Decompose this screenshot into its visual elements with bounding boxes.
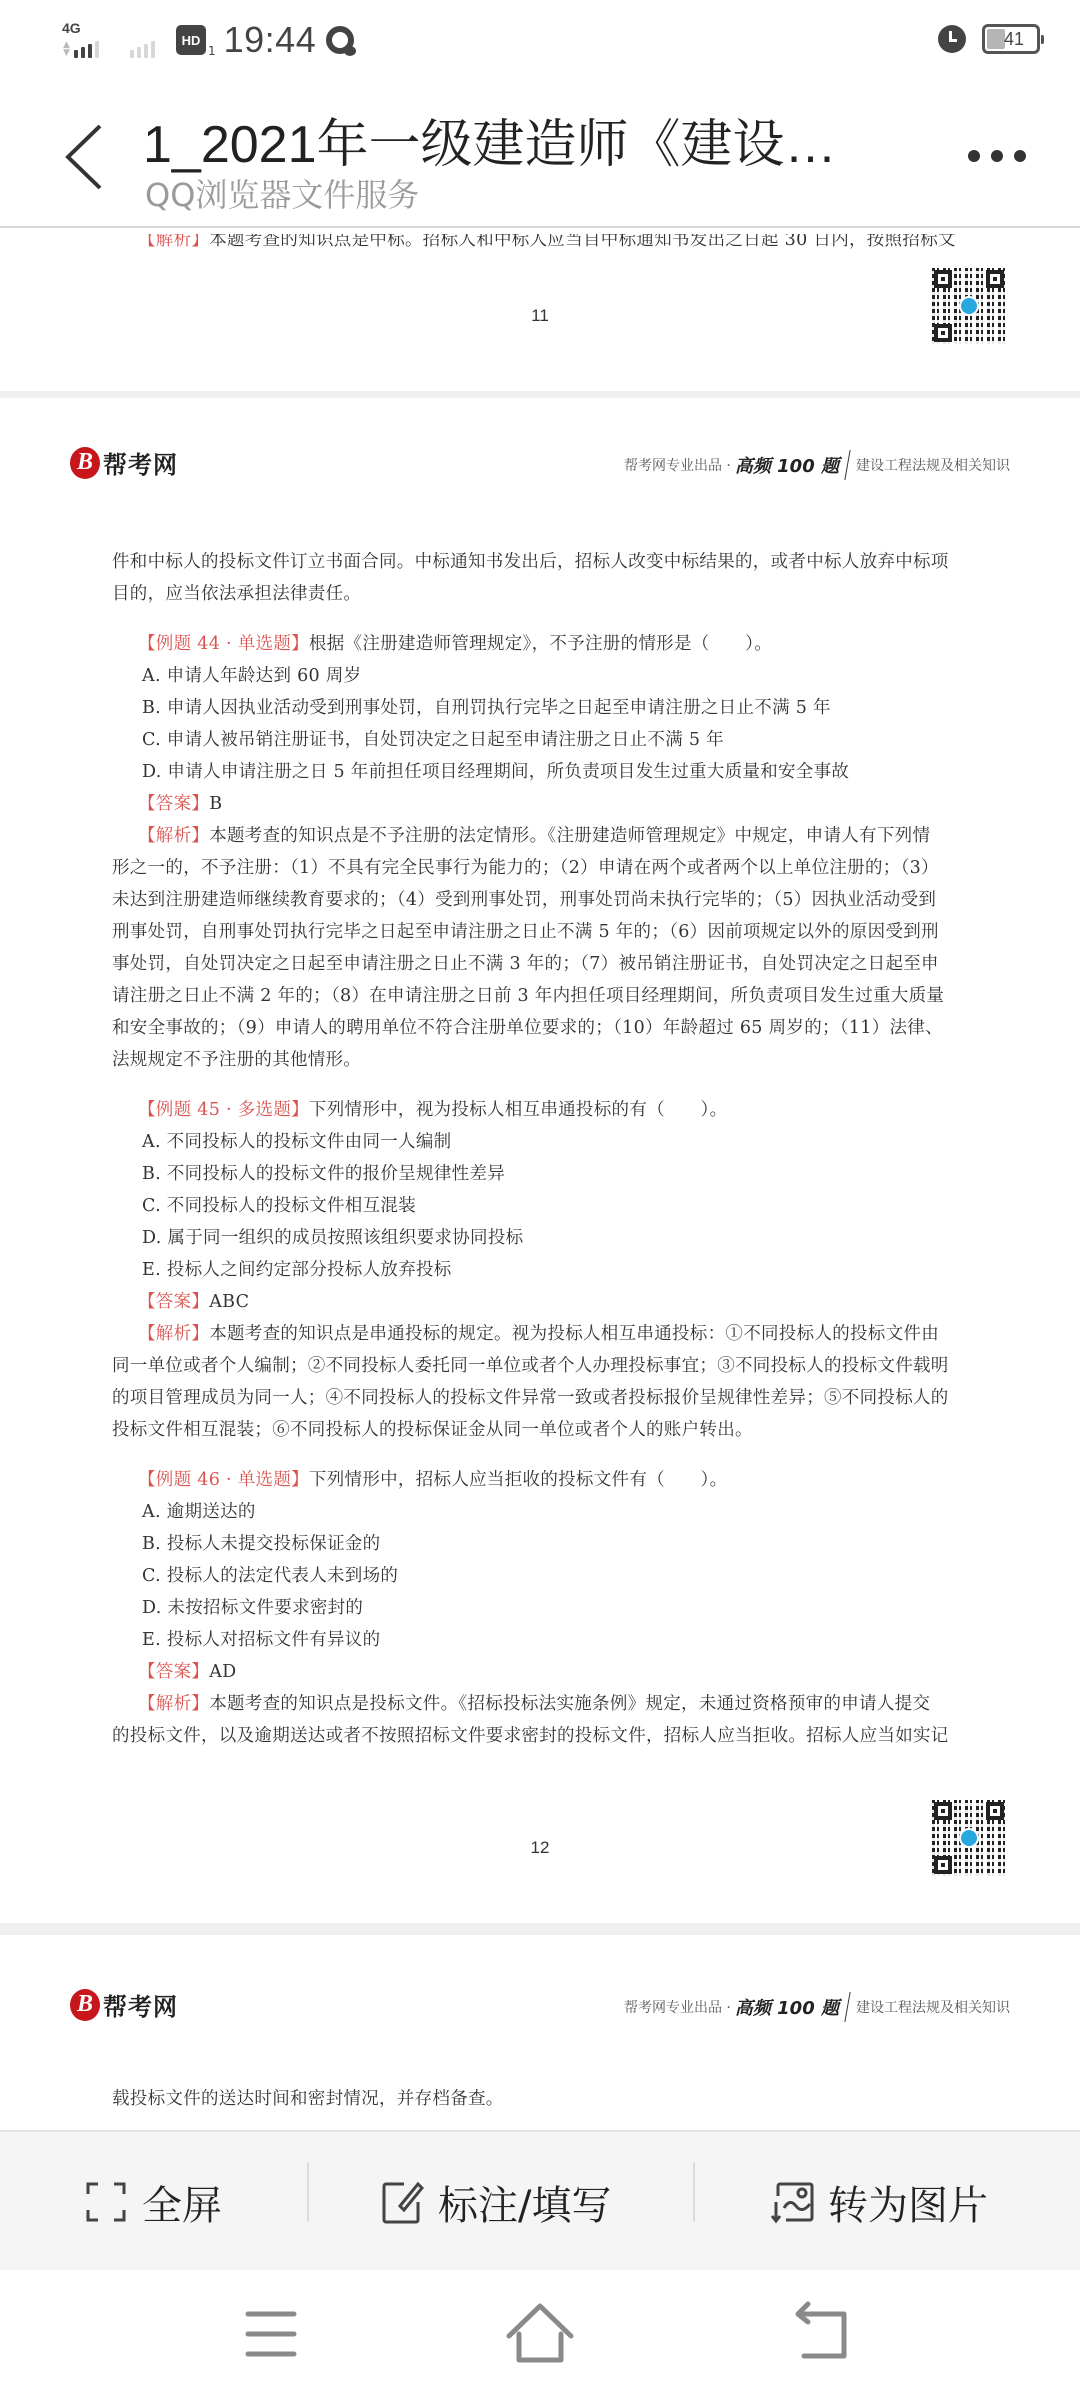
chevron-left-icon <box>60 122 110 192</box>
more-dot-icon <box>991 150 1003 162</box>
network-type: 4G <box>62 20 81 36</box>
convert-to-image-button[interactable]: 转为图片 <box>770 2132 988 2272</box>
page-12: B 帮考网 帮考网专业出品 · 高频 100 题 建设工程法规及相关知识 件和中… <box>0 398 1080 1923</box>
toolbar-divider <box>693 2162 695 2222</box>
edit-note-icon <box>380 2180 424 2224</box>
more-dot-icon <box>968 150 980 162</box>
document-title: 1_2021年一级建造师《建设… <box>143 102 837 177</box>
more-options-button[interactable] <box>968 150 1026 162</box>
convert-image-icon <box>770 2180 814 2224</box>
question-45-stem: 【例题 45 · 多选题】下列情形中，视为投标人相互串通投标的有（ ）。 <box>138 1096 998 1121</box>
back-button[interactable] <box>60 122 110 192</box>
question-46-analysis: 【解析】本题考查的知识点是投标文件。《招标投标法实施条例》规定，未通过资格预审的… <box>138 1690 998 1715</box>
status-bar: 4G ▲▼ HD 1 19:44 41 <box>0 0 1080 80</box>
annotate-fill-button[interactable]: 标注/填写 <box>380 2132 611 2272</box>
page-11: 【解析】本题考查的知识点是中标。招标人和中标人应当自中标通知书发出之日起 30 … <box>0 230 1080 391</box>
qr-logo-icon <box>959 296 979 316</box>
bangkao-logo: B 帮考网 <box>70 1987 178 2022</box>
back-arrow-icon <box>790 2298 860 2368</box>
page-header-info: 帮考网专业出品 · 高频 100 题 建设工程法规及相关知识 <box>624 450 1010 480</box>
secondary-signal-icon <box>130 20 168 60</box>
qr-code <box>932 1800 1006 1876</box>
question-45-answer: 【答案】ABC <box>138 1288 998 1313</box>
qr-logo-icon <box>959 1828 979 1848</box>
question-44-stem: 【例题 44 · 单选题】根据《注册建造师管理规定》，不予注册的情形是（ ）。 <box>138 630 998 655</box>
home-button[interactable] <box>505 2298 575 2368</box>
hd-voice-icon: HD <box>176 25 206 55</box>
document-viewer[interactable]: 【解析】本题考查的知识点是中标。招标人和中标人应当自中标通知书发出之日起 30 … <box>0 230 1080 2130</box>
page-header-info: 帮考网专业出品 · 高频 100 题 建设工程法规及相关知识 <box>624 1992 1010 2022</box>
back-nav-button[interactable] <box>790 2298 860 2368</box>
battery-level: 41 <box>1004 29 1024 50</box>
fullscreen-button[interactable]: 全屏 <box>84 2132 222 2272</box>
page-number: 11 <box>0 306 1080 326</box>
question-46-stem: 【例题 46 · 单选题】下列情形中，招标人应当拒收的投标文件有（ ）。 <box>138 1466 998 1491</box>
page-number: 12 <box>0 1838 1080 1858</box>
title-bar: 1_2021年一级建造师《建设… QQ浏览器文件服务 <box>0 80 1080 228</box>
document-source: QQ浏览器文件服务 <box>145 170 419 216</box>
home-icon <box>505 2298 575 2368</box>
more-dot-icon <box>1014 150 1026 162</box>
alarm-icon <box>938 25 966 53</box>
bangkao-logo-icon: B <box>70 447 100 479</box>
system-navigation-bar <box>0 2270 1080 2400</box>
bangkao-logo: B 帮考网 <box>70 445 178 480</box>
question-44-analysis: 【解析】本题考查的知识点是不予注册的法定情形。《注册建造师管理规定》中规定，申请… <box>138 822 998 847</box>
qq-browser-notification-icon <box>326 26 354 54</box>
cellular-signal-icon: 4G ▲▼ <box>62 20 112 60</box>
question-45-analysis: 【解析】本题考查的知识点是串通投标的规定。视为投标人相互串通投标：①不同投标人的… <box>138 1320 998 1345</box>
qr-code <box>932 268 1006 344</box>
question-44-answer: 【答案】B <box>138 790 998 815</box>
question-46-answer: 【答案】AD <box>138 1658 998 1683</box>
clock: 19:44 <box>224 19 317 61</box>
toolbar-divider <box>307 2162 309 2222</box>
bangkao-logo-icon: B <box>70 1989 100 2021</box>
fullscreen-icon <box>84 2180 128 2224</box>
recent-apps-button[interactable] <box>236 2298 306 2368</box>
page-13: B 帮考网 帮考网专业出品 · 高频 100 题 建设工程法规及相关知识 载投标… <box>0 1935 1080 2130</box>
battery-icon: 41 <box>982 24 1040 54</box>
analysis-partial-line: 【解析】本题考查的知识点是中标。招标人和中标人应当自中标通知书发出之日起 30 … <box>138 230 998 251</box>
menu-lines-icon <box>236 2298 306 2368</box>
hd-sim-index: 1 <box>208 44 216 58</box>
bottom-toolbar: 全屏 标注/填写 转为图片 <box>0 2130 1080 2270</box>
